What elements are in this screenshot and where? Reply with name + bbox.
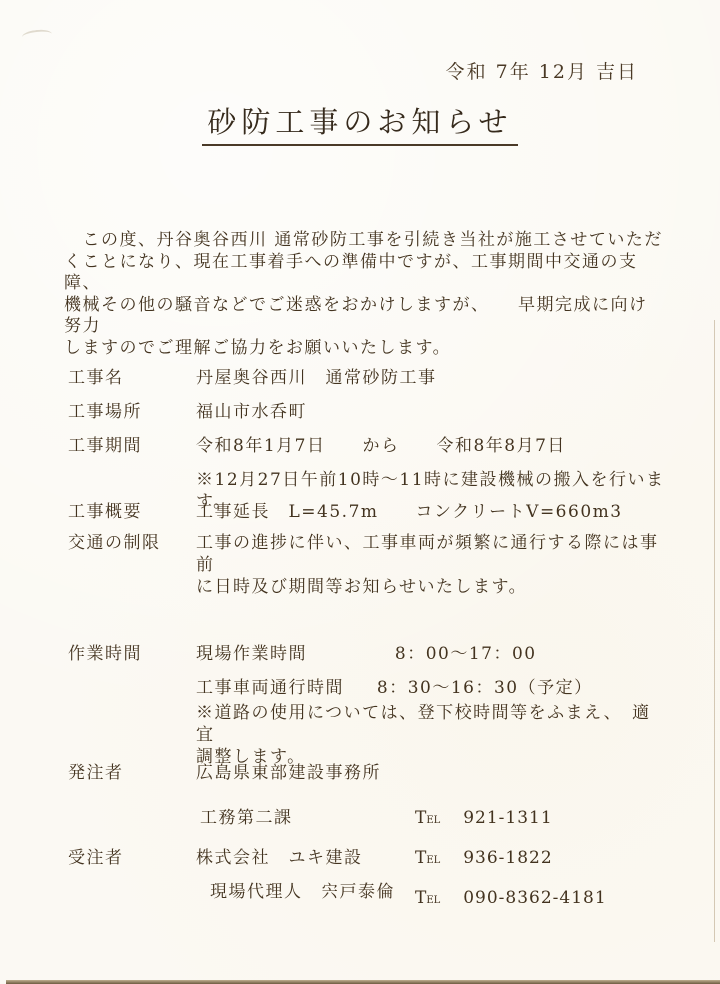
field-row-work-hours: 作業時間 現場作業時間 8：00～17：00 [68,643,668,665]
site-agent-tel: TEL 090-8362-4181 [415,887,607,912]
field-row-vehicle-hours: 工事車両通行時間 8：30～16：30（予定） [68,677,668,699]
field-row-traffic-restriction: 交通の制限 工事の進捗に伴い、工事車両が頻繁に通行する際には事前 に日時及び期間… [68,532,668,598]
page-title: 砂防工事のお知らせ [0,100,720,146]
site-hours: 現場作業時間 8：00～17：00 [196,643,668,665]
vehicle-hours-label: 工事車両通行時間 [196,677,370,699]
tel-icon: TEL [415,807,440,832]
tel-icon: TEL [415,887,440,912]
overview-label: 工事概要 [68,501,196,523]
field-row-location: 工事場所 福山市水呑町 [68,401,668,423]
location-value: 福山市水呑町 [196,401,668,423]
site-agent-tel-number: 090-8362-4181 [463,888,606,908]
field-row-site-agent: 現場代理人 宍戸泰倫 TEL 090-8362-4181 [68,881,668,911]
scan-edge-bottom [6,980,720,984]
period-value: 令和8年1月7日 から 令和8年8月7日 [196,435,668,457]
intro-line: 機械その他の騒音などでご迷惑をおかけしますが、 早期完成に向け努力 [64,295,664,338]
intro-paragraph: この度、丹谷奥谷西川 通常砂防工事を引続き当社が施工させていただ くことになり、… [64,230,664,359]
work-hours-label: 作業時間 [68,643,196,665]
contractor-tel-number: 936-1822 [463,848,552,868]
traffic-restriction-label: 交通の制限 [68,532,196,554]
contractor-company: 株式会社 ユキ建設 [196,847,363,869]
work-hours-note-text: ※道路の使用については、登下校時間等をふまえ、 適宜 調整します。 [196,702,666,768]
field-row-orderer: 発注者 広島県東部建設事務所 [68,762,668,784]
field-row-orderer-dept: 工務第二課 TEL 921-1311 [68,807,668,833]
field-row-overview: 工事概要 工事延長 L=45.7m コンクリートV=660m3 [68,501,668,523]
scan-artifact-mark [22,28,53,42]
date-line: 令和 7年 12月 吉日 [446,57,638,84]
orderer-label: 発注者 [68,762,196,784]
vehicle-hours: 工事車両通行時間 8：30～16：30（予定） [196,677,668,699]
traffic-restriction-line: 工事の進捗に伴い、工事車両が頻繁に通行する際には事前 [196,532,668,576]
field-row-construction-name: 工事名 丹屋奥谷西川 通常砂防工事 [68,367,668,389]
site-agent: 現場代理人 宍戸泰倫 [210,881,395,903]
traffic-restriction-value: 工事の進捗に伴い、工事車両が頻繁に通行する際には事前 に日時及び期間等お知らせい… [196,532,668,598]
tel-icon: TEL [415,847,440,872]
period-label: 工事期間 [68,435,196,457]
field-row-contractor: 受注者 株式会社 ユキ建設 TEL 936-1822 [68,847,668,873]
construction-name-label: 工事名 [68,367,196,389]
intro-line: くことになり、現在工事着手への準備中ですが、工事期間中交通の支障、 [64,252,664,295]
field-row-period: 工事期間 令和8年1月7日 から 令和8年8月7日 [68,435,668,457]
site-agent-label: 現場代理人 [210,882,303,902]
construction-name-value: 丹屋奥谷西川 通常砂防工事 [196,367,668,389]
sabo-construction-notice-document: 令和 7年 12月 吉日 砂防工事のお知らせ この度、丹谷奥谷西川 通常砂防工事… [0,0,720,984]
location-label: 工事場所 [68,401,196,423]
site-hours-label: 現場作業時間 [196,643,388,665]
work-hours-note: ※道路の使用については、登下校時間等をふまえ、 適宜 調整します。 [196,702,666,768]
site-hours-value: 8：00～17：00 [395,644,537,664]
vehicle-hours-value: 8：30～16：30（予定） [377,678,593,698]
orderer-name: 広島県東部建設事務所 [196,762,668,784]
work-hours-note-line: ※道路の使用については、登下校時間等をふまえ、 適宜 [196,702,666,746]
contractor-tel: TEL 936-1822 [415,847,553,872]
intro-line: この度、丹谷奥谷西川 通常砂防工事を引続き当社が施工させていただ [64,230,664,252]
contractor-label: 受注者 [68,847,124,869]
intro-line: しますのでご理解ご協力をお願いいたします。 [64,338,664,360]
traffic-restriction-line: に日時及び期間等お知らせいたします。 [196,576,668,598]
site-agent-name: 宍戸泰倫 [321,882,395,902]
overview-value: 工事延長 L=45.7m コンクリートV=660m3 [196,501,668,523]
page-title-text: 砂防工事のお知らせ [202,100,517,146]
orderer-tel-number: 921-1311 [463,808,552,828]
scan-edge-right [714,320,715,942]
orderer-dept: 工務第二課 [200,807,293,829]
orderer-tel: TEL 921-1311 [415,807,553,832]
